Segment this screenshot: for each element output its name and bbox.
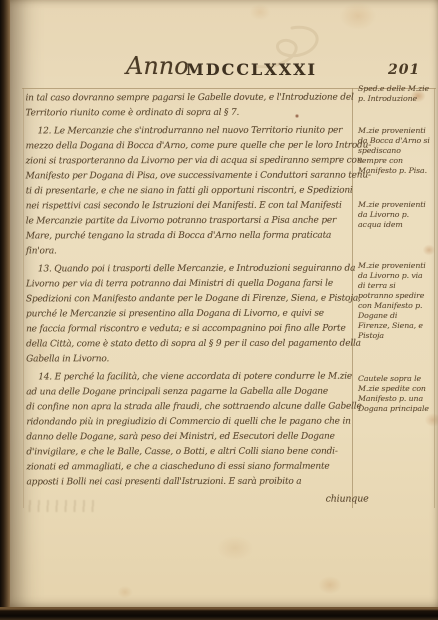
text-line: purché le Mercanzie si presentino alla D… (26, 307, 352, 323)
text-line: ad una delle Dogane principali senza pag… (26, 385, 352, 401)
margin-note: M.zie provenienti da Livorno p. via di t… (358, 261, 430, 341)
text-line: 14. E perché la facilità, che viene acco… (26, 370, 352, 386)
text-line: d'invigilare, e che le Balle, Casse, o B… (26, 445, 352, 461)
text-line: mezzo della Dogana di Bocca d'Arno, come… (26, 139, 352, 155)
text-line: 12. Le Mercanzie che s'introdurranno nel… (26, 124, 352, 140)
text-line: Territorio riunito come è ordinato di so… (25, 106, 351, 122)
margin-note: M.zie provenienti da Bocca d'Arno si spe… (358, 126, 430, 176)
text-line: ti di presentarle, e che ne siano in fat… (26, 184, 352, 200)
manuscript-page: Anno MDCCLXXXI 201 in tal caso dovranno … (10, 0, 438, 607)
text-line: danno delle Dogane, sarà peso dei Minist… (26, 430, 352, 446)
text-line: Gabella in Livorno. (26, 352, 352, 368)
margin-note: Cautele sopra le M.zie spedite con Manif… (358, 374, 430, 414)
text-line: Spedizioni con Manifesto andante per le … (26, 292, 352, 308)
text-line: fin'ora. (26, 244, 352, 260)
text-line: zionati ed ammagliati, e che a ciaschedu… (26, 460, 352, 476)
text-line: di confine non apra la strada alle fraud… (26, 400, 352, 416)
text-line: nei rispettivi casi secondo le Istruzion… (26, 199, 352, 215)
text-line: in tal caso dovranno sempre pagarsi le G… (25, 91, 351, 107)
margin-notes-column: Sped.e delle M.zie p. IntroduzioneM.zie … (356, 0, 432, 607)
bleed-through-mark (26, 500, 98, 512)
text-line: Mare, purché tengano la strada di Bocca … (26, 229, 352, 245)
text-line: Livorno per via di terra potranno dai Mi… (26, 277, 352, 293)
margin-note: M.zie provenienti da Livorno p. acqua id… (358, 200, 430, 230)
text-line: ridondando più in pregiudizio di Commerc… (26, 415, 352, 431)
text-line: apposti i Bolli nei casi presenti dall'I… (26, 475, 352, 491)
header-year-roman: MDCCLXXXI (186, 60, 317, 79)
header-anno-script: Anno (126, 52, 189, 80)
book-bottom-edge (0, 607, 438, 620)
text-line: della Città, come è stato detto di sopra… (26, 337, 352, 353)
text-line: Manifesto per Dogana di Pisa, ove succes… (26, 169, 352, 185)
text-line: 13. Quando poi i trasporti delle Mercanz… (26, 262, 352, 278)
margin-note: Sped.e delle M.zie p. Introduzione (358, 84, 430, 104)
text-block-right-rule (434, 88, 435, 508)
text-line: ne faccia formal riscontro e veduta; e s… (26, 322, 352, 338)
text-block-left-rule (23, 88, 24, 508)
book-binding-left (0, 0, 10, 620)
main-text-column: in tal caso dovranno sempre pagarsi le G… (25, 91, 352, 508)
text-line: le Mercanzie partite da Livorno potranno… (26, 214, 352, 230)
text-line: zioni si trasporteranno da Livorno per v… (26, 154, 352, 170)
